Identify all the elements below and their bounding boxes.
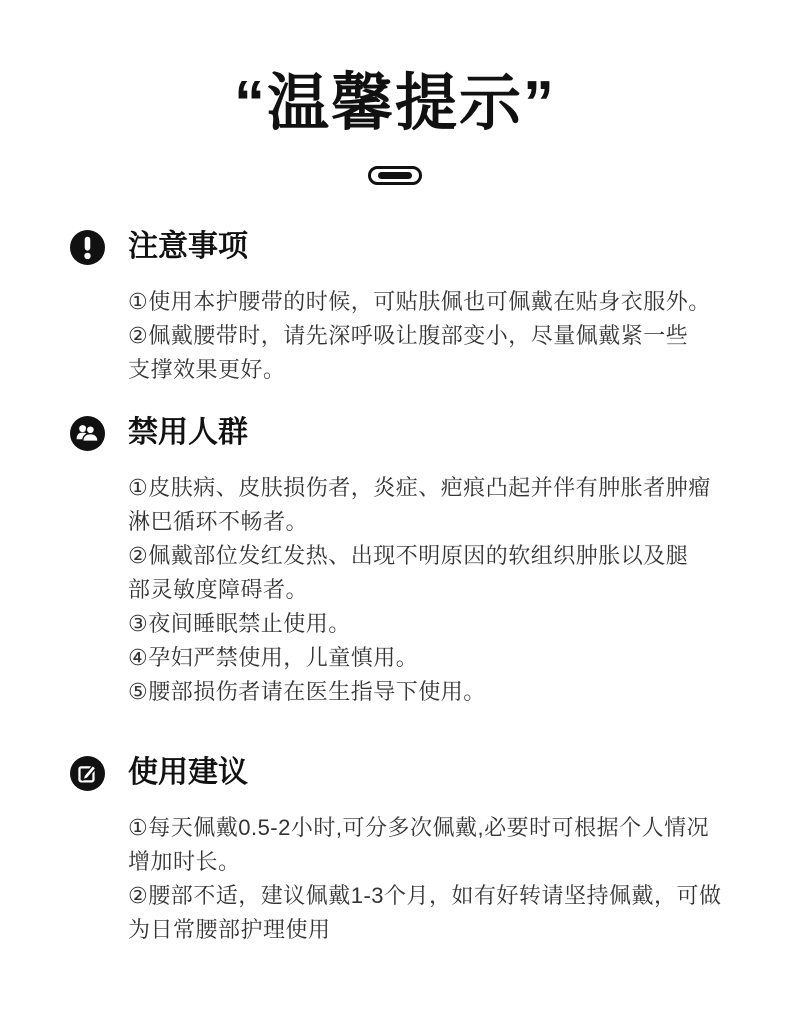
sections-container: 注意事项 ①使用本护腰带的时候，可贴肤佩也可佩戴在贴身衣服外。 ②佩戴腰带时，请…: [0, 229, 790, 947]
users-icon: [70, 416, 105, 451]
section-prohibited-users: 禁用人群 ①皮肤病、皮肤损伤者，炎症、疤痕凸起并伴有肿胀者肿瘤 淋巴循环不畅者。…: [70, 415, 732, 709]
pill-divider-inner: [378, 172, 412, 179]
exclamation-icon: [70, 230, 105, 265]
section-usage-advice: 使用建议 ①每天佩戴0.5-2小时,可分多次佩戴,必要时可根据个人情况 增加时长…: [70, 755, 732, 947]
section-usage-advice-heading: 使用建议: [128, 755, 248, 791]
section-precautions-header: 注意事项: [70, 229, 732, 265]
section-usage-advice-body: ①每天佩戴0.5-2小时,可分多次佩戴,必要时可根据个人情况 增加时长。 ②腰部…: [128, 811, 732, 947]
section-precautions: 注意事项 ①使用本护腰带的时候，可贴肤佩也可佩戴在贴身衣服外。 ②佩戴腰带时，请…: [70, 229, 732, 387]
section-usage-advice-header: 使用建议: [70, 755, 732, 791]
warm-tips-card: “温馨提示” 注意事项 ①使用本护腰带的时候，可贴肤佩也可佩戴在贴身衣服外。 ②…: [0, 0, 790, 947]
section-prohibited-users-header: 禁用人群: [70, 415, 732, 451]
section-prohibited-users-body: ①皮肤病、皮肤损伤者，炎症、疤痕凸起并伴有肿胀者肿瘤 淋巴循环不畅者。 ②佩戴部…: [128, 471, 732, 709]
pill-divider: [368, 166, 422, 185]
section-prohibited-users-heading: 禁用人群: [128, 415, 248, 451]
page-title: “温馨提示”: [0, 70, 790, 138]
section-precautions-body: ①使用本护腰带的时候，可贴肤佩也可佩戴在贴身衣服外。 ②佩戴腰带时，请先深呼吸让…: [128, 285, 732, 387]
edit-icon: [70, 756, 105, 791]
section-precautions-heading: 注意事项: [128, 229, 248, 265]
